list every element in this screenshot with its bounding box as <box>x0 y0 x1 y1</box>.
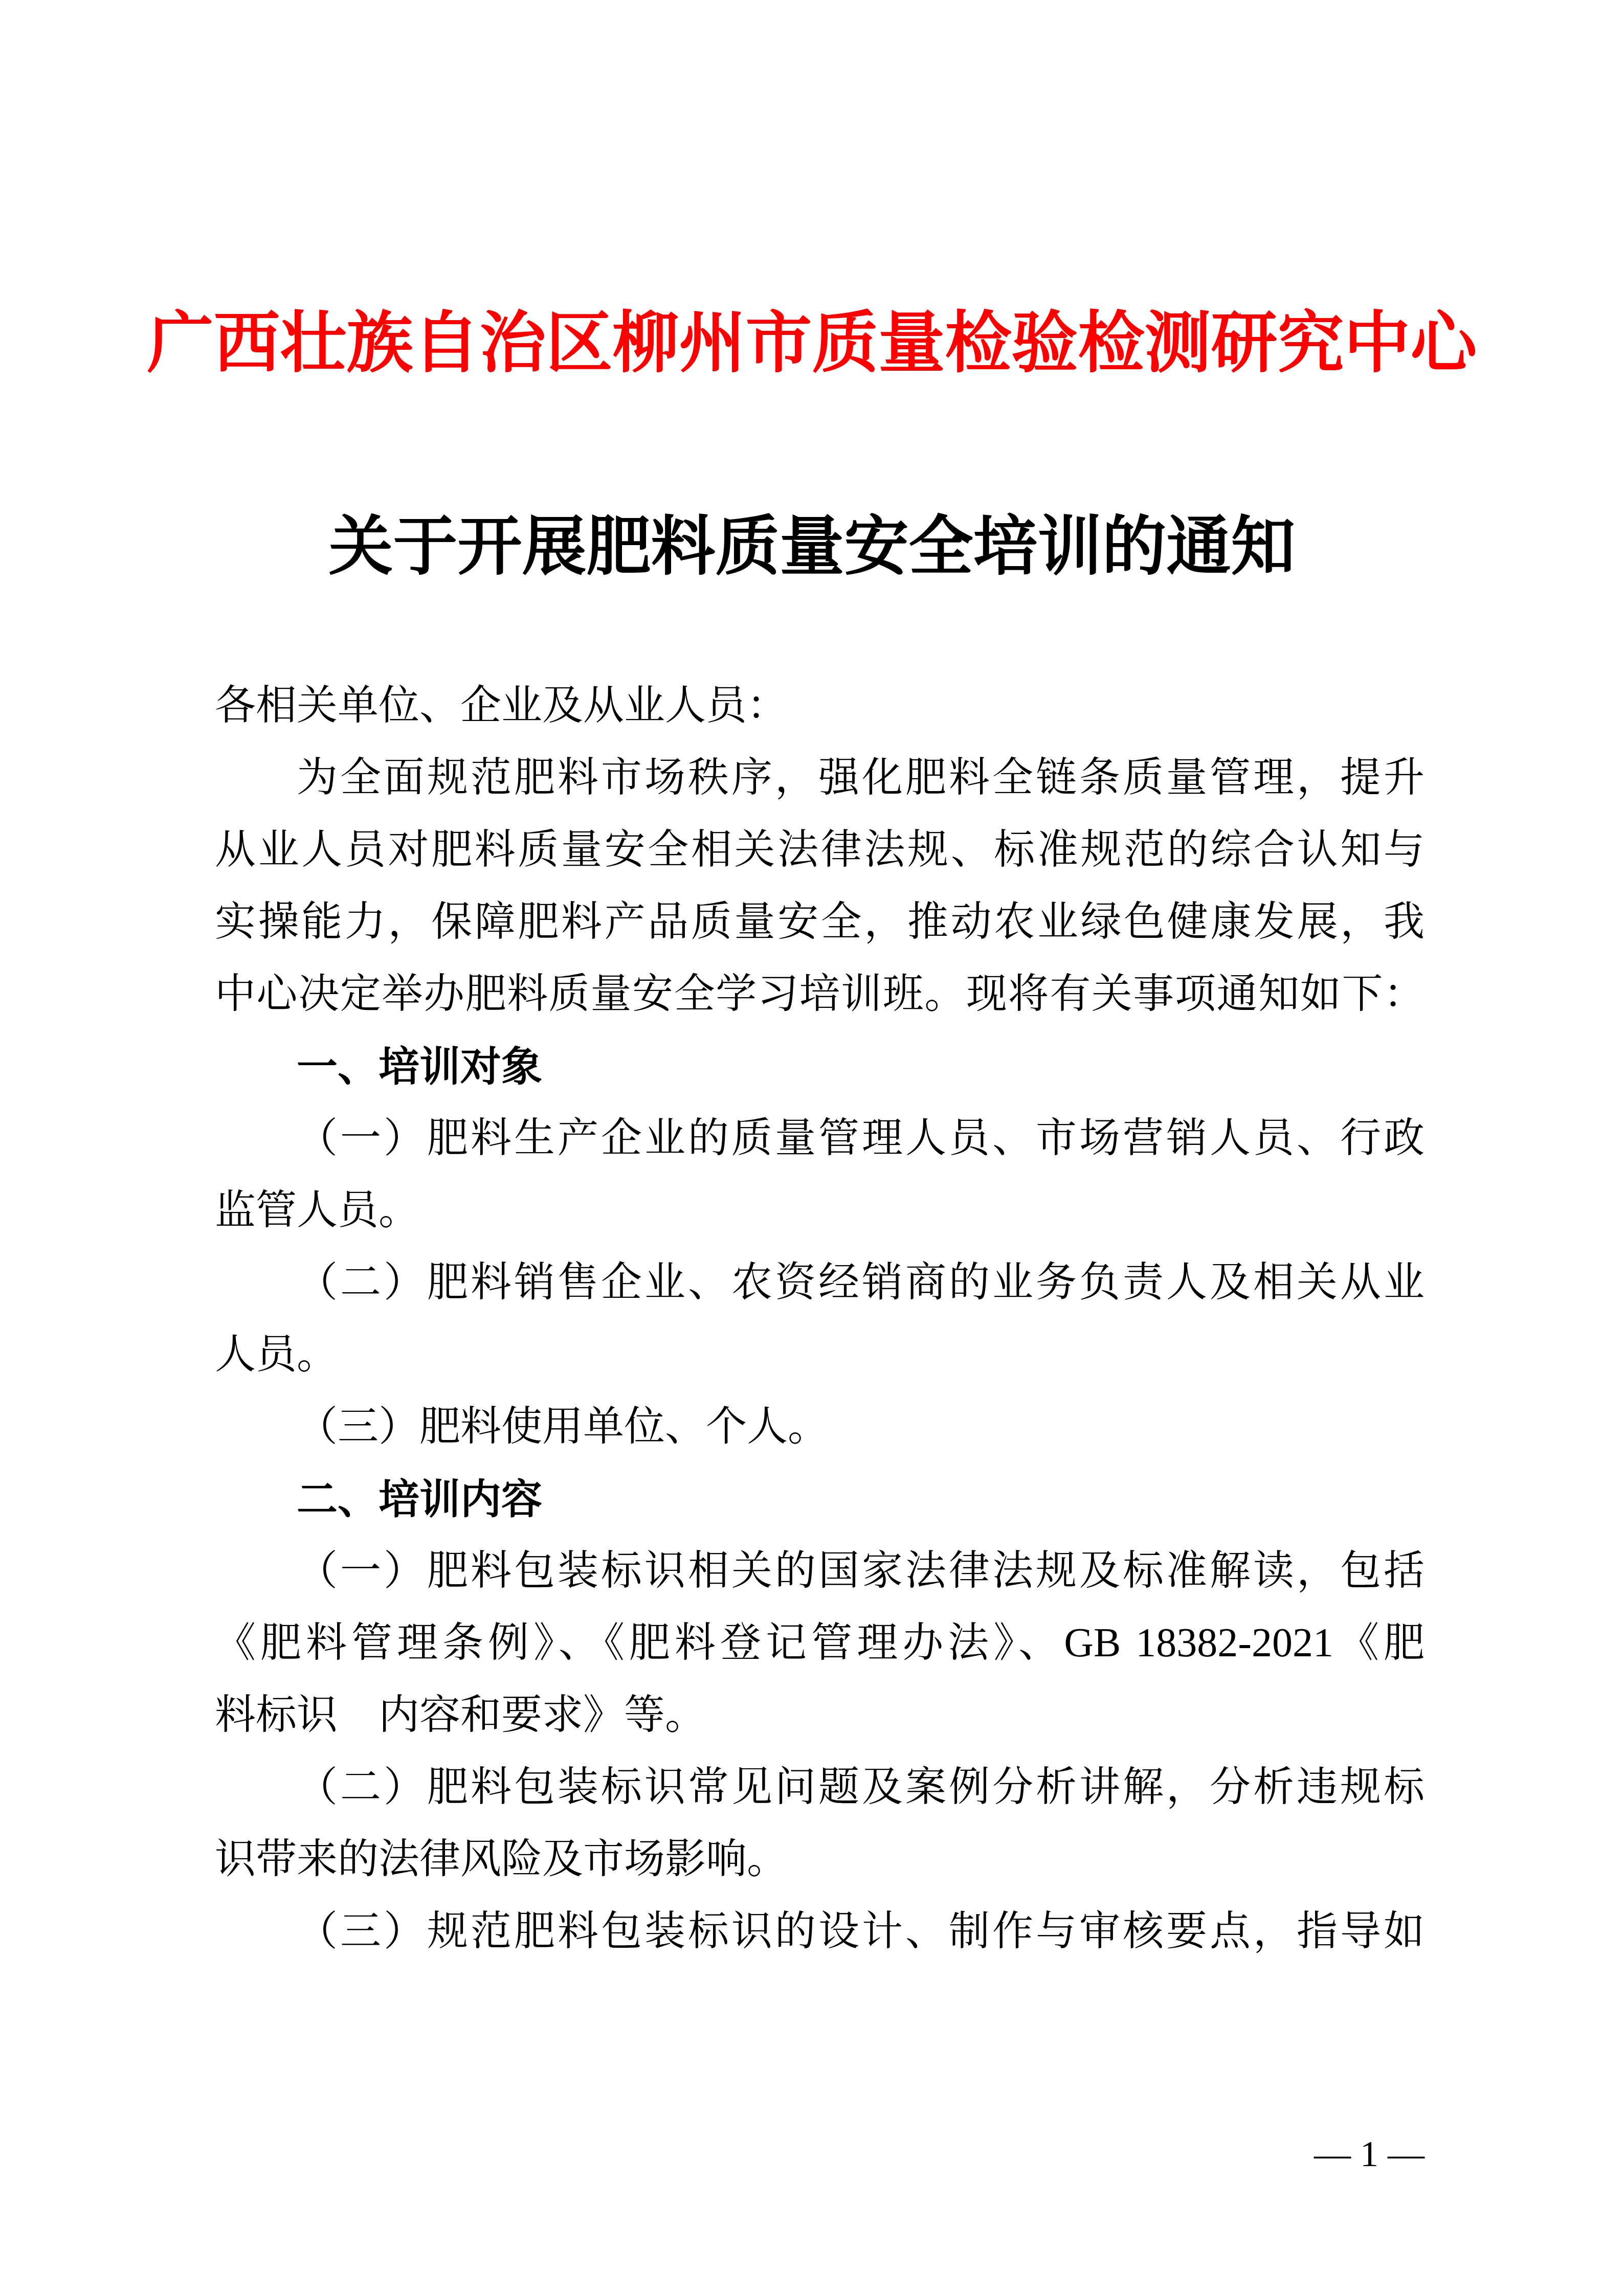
letterhead-organization: 广西壮族自治区柳州市质量检验检测研究中心 <box>0 309 1624 378</box>
body-line: 实操能力，保障肥料产品质量安全，推动农业绿色健康发展，我 <box>215 886 1425 958</box>
body-line: 料标识 内容和要求》等。 <box>215 1679 1425 1751</box>
body-line: （二）肥料包装标识常见问题及案例分析讲解，分析违规标 <box>215 1751 1425 1824</box>
body-line: （二）肥料销售企业、农资经销商的业务负责人及相关从业 <box>215 1247 1425 1319</box>
section-heading-training-targets: 一、培训对象 <box>215 1030 1425 1102</box>
body-line: 为全面规范肥料市场秩序，强化肥料全链条质量管理，提升 <box>215 742 1425 814</box>
body-line: 中心决定举办肥料质量安全学习培训班。现将有关事项通知如下： <box>215 958 1425 1030</box>
body-line: 监管人员。 <box>215 1175 1425 1247</box>
salutation-line: 各相关单位、企业及从业人员： <box>215 670 1425 742</box>
body-line: 人员。 <box>215 1319 1425 1391</box>
section-heading-training-content: 二、培训内容 <box>215 1463 1425 1535</box>
body-line: 从业人员对肥料质量安全相关法律法规、标准规范的综合认知与 <box>215 814 1425 886</box>
body-line: （三）肥料使用单位、个人。 <box>215 1391 1425 1463</box>
body-line: （一）肥料包装标识相关的国家法律法规及标准解读，包括 <box>215 1535 1425 1607</box>
body-line: （一）肥料生产企业的质量管理人员、市场营销人员、行政 <box>215 1102 1425 1175</box>
body-line: 《肥料管理条例》、《肥料登记管理办法》、GB 18382-2021《肥 <box>215 1607 1425 1679</box>
document-page: 广西壮族自治区柳州市质量检验检测研究中心 关于开展肥料质量安全培训的通知 各相关… <box>0 0 1624 2296</box>
page-number: — 1 — <box>1314 2135 1425 2172</box>
body-line: （三）规范肥料包装标识的设计、制作与审核要点，指导如 <box>215 1896 1425 1968</box>
document-title: 关于开展肥料质量安全培训的通知 <box>0 514 1624 581</box>
document-body: 各相关单位、企业及从业人员： 为全面规范肥料市场秩序，强化肥料全链条质量管理，提… <box>215 670 1425 1968</box>
body-line: 识带来的法律风险及市场影响。 <box>215 1824 1425 1896</box>
